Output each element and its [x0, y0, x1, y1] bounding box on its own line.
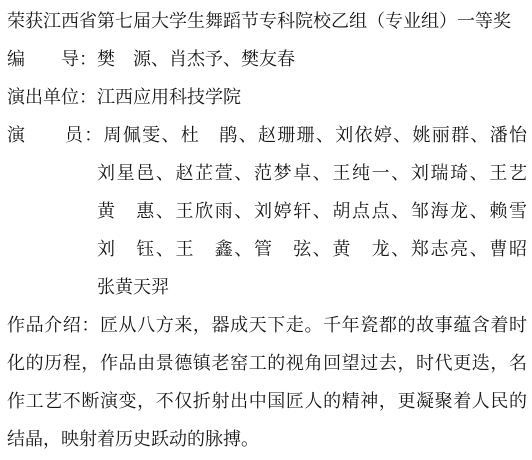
- director-row: 编 导：樊 源、肖杰予、樊友春: [7, 40, 527, 78]
- introduction-row: 作品介绍：匠从八方来，器成天下走。千年瓷都的故事蕴含着时代变: [7, 306, 527, 344]
- document-page: 荣获江西省第七届大学生舞蹈节专科院校乙组（专业组）一等奖 编 导：樊 源、肖杰予…: [0, 0, 532, 460]
- performers-row: 黄 惠、王欣雨、刘婷轩、胡点点、邹海龙、赖雪晖、: [97, 192, 527, 230]
- performers-row: 张黄天羿: [97, 268, 527, 306]
- award-title: 荣获江西省第七届大学生舞蹈节专科院校乙组（专业组）一等奖: [7, 2, 527, 40]
- performers-row: 演 员：周佩雯、杜 鹃、赵珊珊、刘依婷、姚丽群、潘怡涵、: [7, 116, 527, 154]
- introduction-row: 化的历程，作品由景德镇老窑工的视角回望过去，时代更迭，名瓷制: [7, 344, 527, 382]
- performers-row: 刘 钰、王 鑫、管 弦、黄 龙、郑志亮、曹昭情、: [97, 230, 527, 268]
- introduction-row: 作工艺不断演变，不仅折射出中国匠人的精神，更凝聚着人民的智慧: [7, 382, 527, 420]
- performers-row: 刘星邑、赵芷萱、范梦卓、王纯一、刘瑞琦、王艺霖、: [97, 154, 527, 192]
- introduction-row: 结晶，映射着历史跃动的脉搏。: [7, 420, 527, 458]
- performing-unit-row: 演出单位：江西应用科技学院: [7, 78, 527, 116]
